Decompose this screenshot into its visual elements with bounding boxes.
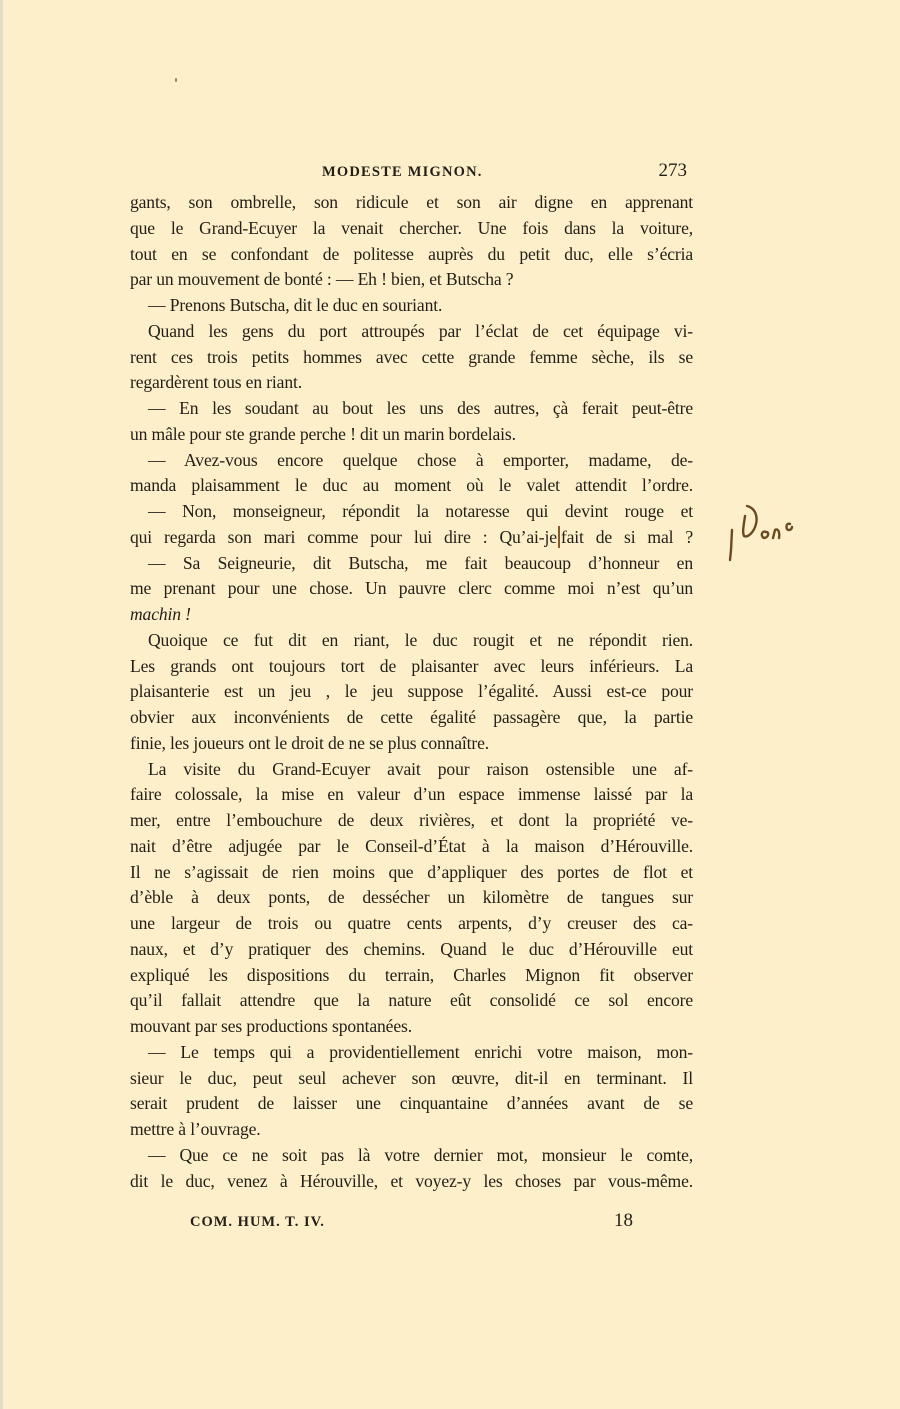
text-line: — Sa Seigneurie, dit Butscha, me fait be… <box>130 551 693 577</box>
text-line: manda plaisamment le duc au moment où le… <box>130 473 693 499</box>
text-line: naux, et d’y pratiquer des chemins. Quan… <box>130 937 693 963</box>
signature-number: 18 <box>614 1210 633 1232</box>
text-line: — Avez-vous encore quelque chose à empor… <box>130 448 693 474</box>
text-line: tout en se confondant de politesse auprè… <box>130 242 693 268</box>
text-line: serait prudent de laisser une cinquantai… <box>130 1091 693 1117</box>
text-line: — Que ce ne soit pas là votre dernier mo… <box>130 1143 693 1169</box>
page-footer: COM. HUM. T. IV. 18 <box>130 1210 693 1236</box>
text-line: gants, son ombrelle, son ridicule et son… <box>130 190 693 216</box>
handwritten-note-icon <box>728 502 808 562</box>
text-line: regardèrent tous en riant. <box>130 370 693 396</box>
text-line: Il ne s’agissait de rien moins que d’app… <box>130 860 693 886</box>
text-line: plaisanterie est un jeu , le jeu suppose… <box>130 679 693 705</box>
text-line: Quand les gens du port attroupés par l’é… <box>130 319 693 345</box>
text-line: que le Grand-Ecuyer la venait chercher. … <box>130 216 693 242</box>
text-line: faire colossale, la mise en valeur d’un … <box>130 782 693 808</box>
text-line: expliqué les dispositions du terrain, Ch… <box>130 963 693 989</box>
text-line: La visite du Grand-Ecuyer avait pour rai… <box>130 757 693 783</box>
editorial-insert-mark <box>558 526 560 548</box>
text-line: machin ! <box>130 602 693 628</box>
text-line: obvier aux inconvénients de cette égalit… <box>130 705 693 731</box>
text-line: Quoique ce fut dit en riant, le duc roug… <box>130 628 693 654</box>
text-line: me prenant pour une chose. Un pauvre cle… <box>130 576 693 602</box>
text-line: dit le duc, venez à Hérouville, et voyez… <box>130 1169 693 1195</box>
body-text: gants, son ombrelle, son ridicule et son… <box>130 190 693 1194</box>
text-line: finie, les joueurs ont le droit de ne se… <box>130 731 693 757</box>
text-line: mouvant par ses productions spontanées. <box>130 1014 693 1040</box>
running-title: MODESTE MIGNON. <box>322 164 483 181</box>
text-line: Les grands ont toujours tort de plaisant… <box>130 654 693 680</box>
text-line: — Le temps qui a providentiellement enri… <box>130 1040 693 1066</box>
paper-speck <box>175 78 177 82</box>
text-line: mettre à l’ouvrage. <box>130 1117 693 1143</box>
text-line: — Non, monseigneur, répondit la notaress… <box>130 499 693 525</box>
text-line: rent ces trois petits hommes avec cette … <box>130 345 693 371</box>
text-line: sieur le duc, peut seul achever son œuvr… <box>130 1066 693 1092</box>
text-line: — En les soudant au bout les uns des aut… <box>130 396 693 422</box>
page-number: 273 <box>659 160 688 182</box>
scan-page-edge <box>0 0 3 1409</box>
text-segment: fait de si mal ? <box>561 527 693 547</box>
text-line: qui regarda son mari comme pour lui dire… <box>130 525 693 551</box>
margin-annotation <box>728 502 808 562</box>
text-line: mer, entre l’embouchure de deux rivières… <box>130 808 693 834</box>
text-line: un mâle pour ste grande perche ! dit un … <box>130 422 693 448</box>
text-line: par un mouvement de bonté : — Eh ! bien,… <box>130 267 693 293</box>
printer-signature: COM. HUM. T. IV. <box>190 1214 325 1231</box>
running-head: MODESTE MIGNON. 273 <box>130 160 690 186</box>
text-line: — Prenons Butscha, dit le duc en sourian… <box>130 293 693 319</box>
text-line: nait d’être adjugée par le Conseil-d’Éta… <box>130 834 693 860</box>
text-line: d’èble à deux ponts, de dessécher un kil… <box>130 885 693 911</box>
text-line: qu’il fallait attendre que la nature eût… <box>130 988 693 1014</box>
text-segment: qui regarda son mari comme pour lui dire… <box>130 527 557 547</box>
text-line: une largeur de trois ou quatre cents arp… <box>130 911 693 937</box>
